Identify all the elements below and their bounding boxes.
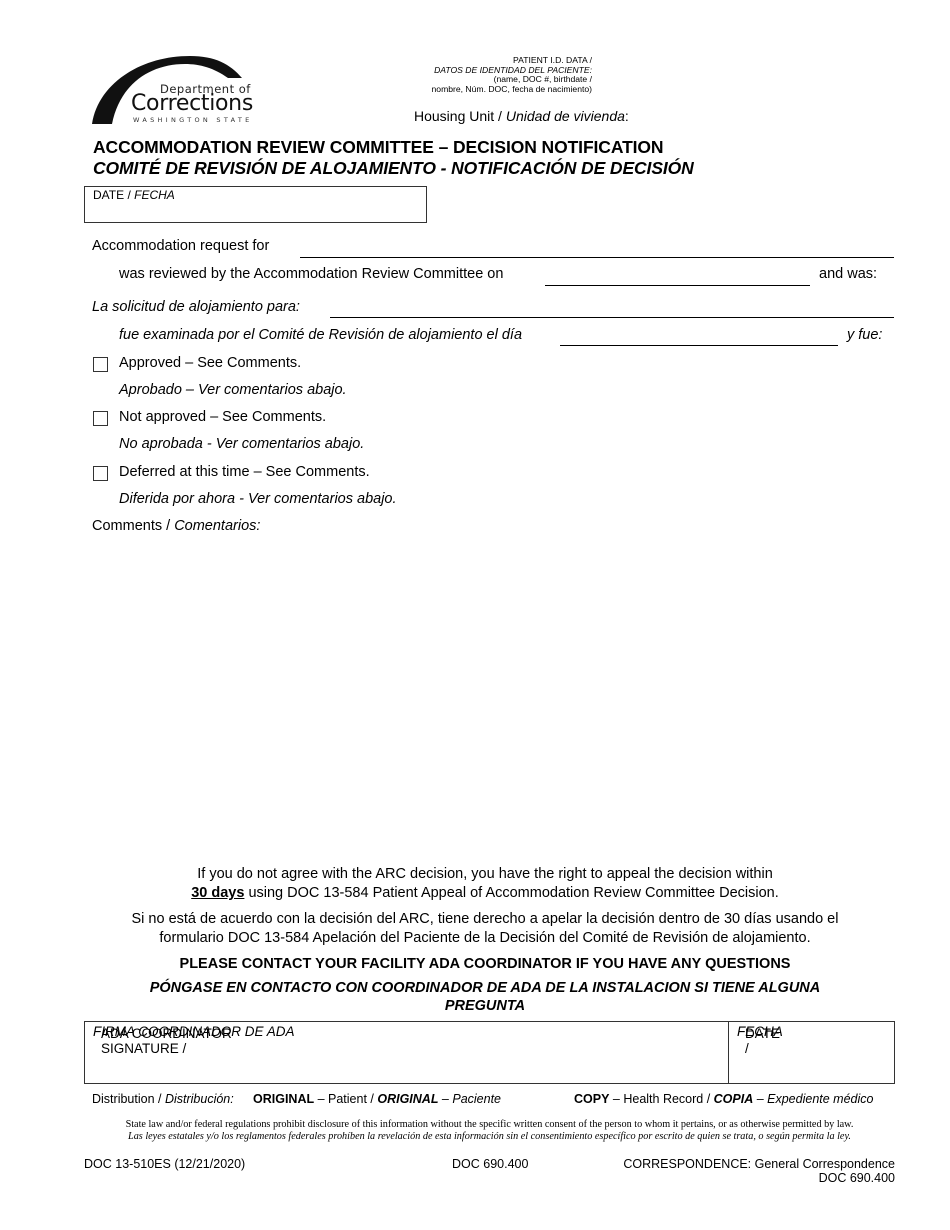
form-title-es: COMITÉ DE REVISIÓN DE ALOJAMIENTO - NOTI… <box>93 158 694 179</box>
signature-date-field[interactable]: DATE / FECHA <box>729 1022 894 1083</box>
distribution-copy: COPY – Health Record / COPIA – Expedient… <box>574 1092 873 1106</box>
not-approved-label-en: Not approved – See Comments. <box>119 409 326 425</box>
approved-label-en: Approved – See Comments. <box>119 355 301 371</box>
dist-copy-en-text: – Health Record / <box>609 1092 713 1106</box>
date-field-label: DATE / FECHA <box>93 188 175 202</box>
dist-label-es: Distribución: <box>165 1092 234 1106</box>
patient-id-line: nombre, Núm. DOC, fecha de nacimiento) <box>380 85 592 95</box>
contact-es-line1: PÓNGASE EN CONTACTO CON COORDINADOR DE A… <box>90 979 880 997</box>
request-for-field-es[interactable] <box>330 317 894 318</box>
not-approved-checkbox[interactable] <box>93 411 108 426</box>
deferred-checkbox[interactable] <box>93 466 108 481</box>
housing-label-en: Housing Unit / <box>414 108 506 124</box>
review-date-field-es[interactable] <box>560 345 838 346</box>
appeal-notice-en: If you do not agree with the ARC decisio… <box>90 865 880 903</box>
signature-table: ADA COORDINATOR SIGNATURE / FIRMA COORDI… <box>84 1021 895 1084</box>
dist-label-en: Distribution / <box>92 1092 165 1106</box>
dist-copy-en: COPY <box>574 1092 609 1106</box>
date-label-en: DATE / <box>93 188 134 202</box>
form-number: DOC 13-510ES (12/21/2020) <box>84 1157 245 1171</box>
form-title-en: ACCOMMODATION REVIEW COMMITTEE – DECISIO… <box>93 137 663 158</box>
appeal-es-line2: formulario DOC 13-584 Apelación del Paci… <box>90 929 880 948</box>
not-approved-label-es: No aprobada - Ver comentarios abajo. <box>119 436 364 452</box>
comments-label: Comments / Comentarios: <box>92 518 260 534</box>
correspondence-category: CORRESPONDENCE: General Correspondence D… <box>560 1157 895 1185</box>
sig-date-label-en: DATE / <box>745 1026 783 1056</box>
appeal-30-days: 30 days <box>191 885 244 901</box>
housing-unit-label: Housing Unit / Unidad de vivienda: <box>414 108 629 124</box>
ada-signature-label: ADA COORDINATOR SIGNATURE / FIRMA COORDI… <box>93 1024 295 1039</box>
contact-es-line2: PREGUNTA <box>90 997 880 1015</box>
appeal-notice-es: Si no está de acuerdo con la decisión de… <box>90 910 880 948</box>
request-for-label-en: Accommodation request for <box>92 238 269 254</box>
policy-number: DOC 690.400 <box>452 1157 528 1171</box>
dist-orig-es-text: – Paciente <box>438 1092 501 1106</box>
appeal-en-line2-text: using DOC 13-584 Patient Appeal of Accom… <box>244 885 778 901</box>
contact-notice-en: PLEASE CONTACT YOUR FACILITY ADA COORDIN… <box>90 955 880 974</box>
request-for-field-en[interactable] <box>300 257 894 258</box>
logo-corrections-text: Corrections <box>131 91 253 116</box>
appeal-en-line1: If you do not agree with the ARC decisio… <box>90 865 880 884</box>
y-fue-label: y fue: <box>847 327 882 343</box>
category-policy: DOC 690.400 <box>560 1171 895 1185</box>
distribution-label: Distribution / Distribución: <box>92 1092 234 1106</box>
approved-checkbox[interactable] <box>93 357 108 372</box>
reviewed-label-es: fue examinada por el Comité de Revisión … <box>119 327 522 343</box>
signature-date-label: DATE / FECHA <box>737 1024 783 1039</box>
housing-label-es: Unidad de vivienda <box>506 108 625 124</box>
date-label-es: FECHA <box>134 188 175 202</box>
request-for-label-es: La solicitud de alojamiento para: <box>92 299 300 315</box>
ada-signature-field[interactable]: ADA COORDINATOR SIGNATURE / FIRMA COORDI… <box>85 1022 729 1083</box>
appeal-es-line1: Si no está de acuerdo con la decisión de… <box>90 910 880 929</box>
contact-notice-es: PÓNGASE EN CONTACTO CON COORDINADOR DE A… <box>90 979 880 1015</box>
and-was-label: and was: <box>819 266 877 282</box>
comments-label-en: Comments / <box>92 518 174 534</box>
sig-label-en: ADA COORDINATOR SIGNATURE / <box>101 1026 295 1056</box>
review-date-field-en[interactable] <box>545 285 810 286</box>
logo-state-text: WASHINGTON STATE <box>133 116 253 124</box>
dist-orig-en-text: – Patient / <box>314 1092 377 1106</box>
appeal-en-line2: 30 days using DOC 13-584 Patient Appeal … <box>90 884 880 903</box>
dist-copy-es: COPIA <box>714 1092 754 1106</box>
deferred-label-es: Diferida por ahora - Ver comentarios aba… <box>119 491 397 507</box>
dist-copy-es-text: – Expediente médico <box>753 1092 873 1106</box>
dist-orig-en: ORIGINAL <box>253 1092 314 1106</box>
comments-label-es: Comentarios: <box>174 518 260 534</box>
approved-label-es: Aprobado – Ver comentarios abajo. <box>119 382 347 398</box>
doc-logo: Department of Corrections WASHINGTON STA… <box>90 54 270 126</box>
date-field[interactable]: DATE / FECHA <box>84 186 427 223</box>
category-text: CORRESPONDENCE: General Correspondence <box>560 1157 895 1171</box>
distribution-original: ORIGINAL – Patient / ORIGINAL – Paciente <box>253 1092 501 1106</box>
dist-orig-es: ORIGINAL <box>377 1092 438 1106</box>
reviewed-label-en: was reviewed by the Accommodation Review… <box>119 266 503 282</box>
comments-field[interactable] <box>92 540 894 850</box>
housing-suffix: : <box>625 108 629 124</box>
legal-notice-en: State law and/or federal regulations pro… <box>84 1119 895 1131</box>
patient-id-label: PATIENT I.D. DATA / DATOS DE IDENTIDAD D… <box>380 56 592 94</box>
deferred-label-en: Deferred at this time – See Comments. <box>119 464 370 480</box>
legal-notice-es: Las leyes estatales y/o los reglamentos … <box>84 1131 895 1143</box>
